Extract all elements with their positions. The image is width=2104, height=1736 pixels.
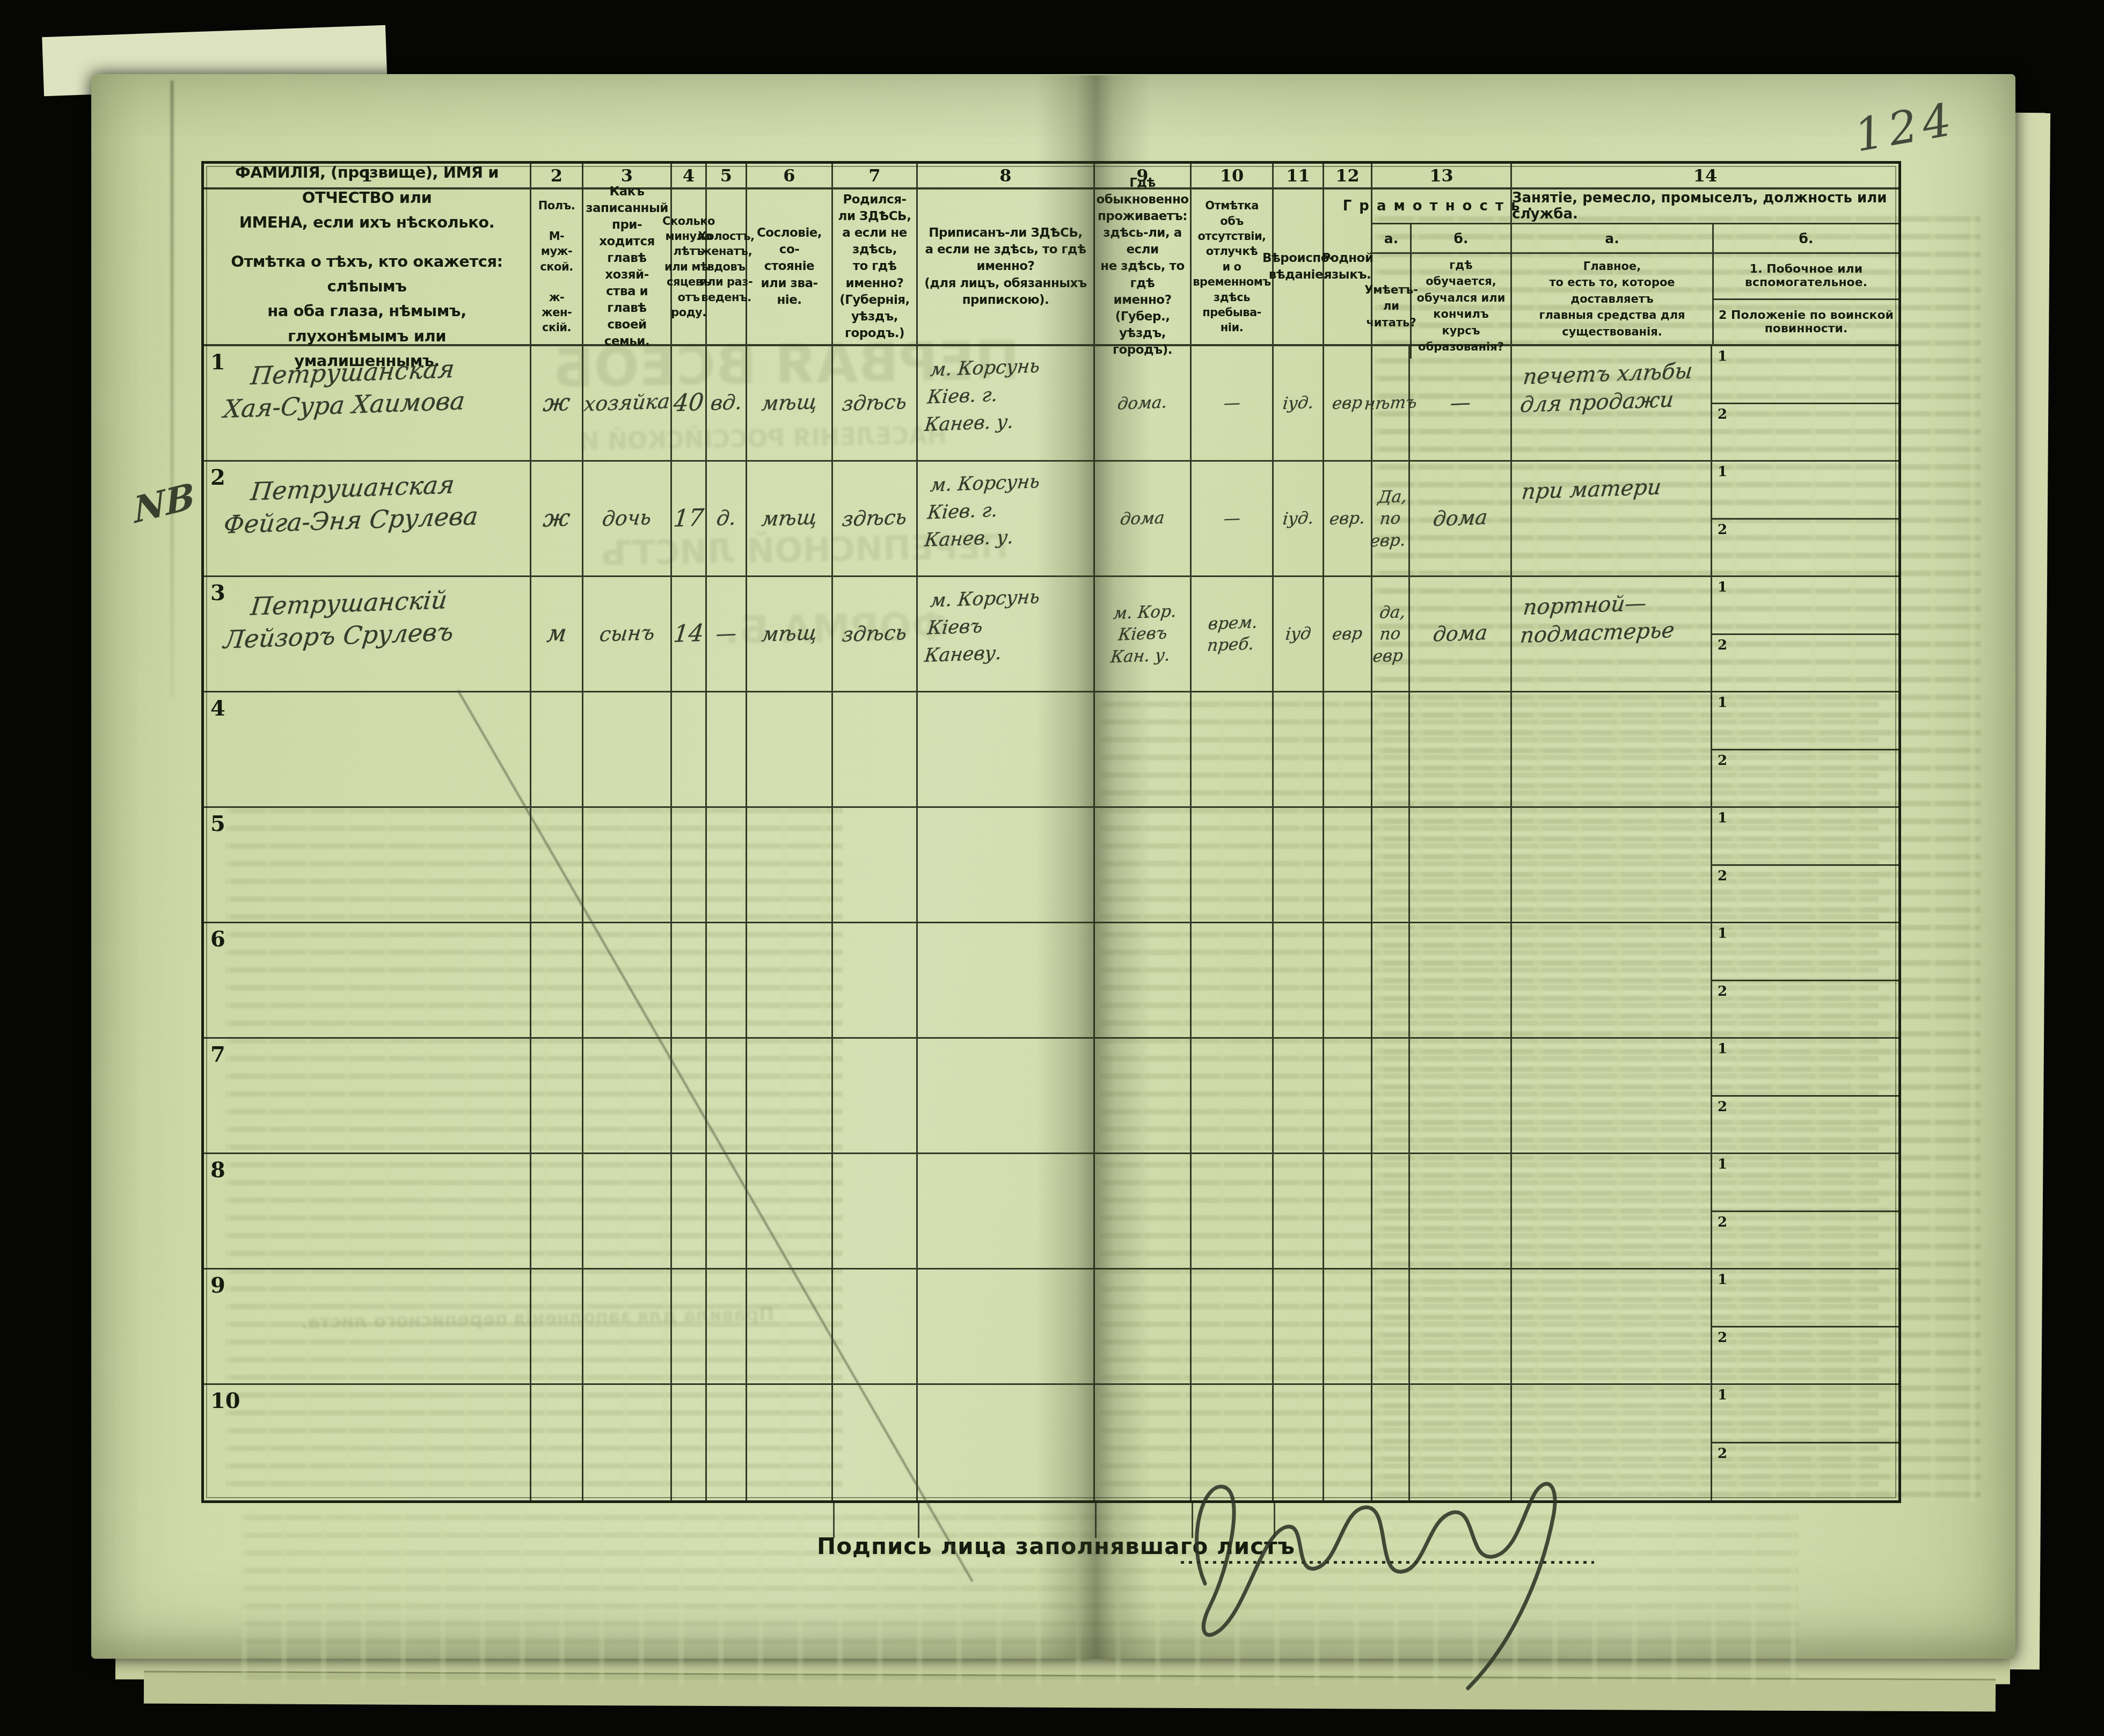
cell-absence (1192, 923, 1274, 1039)
cell-name: 1 Петрушанская Хая-Сура Хаимова (204, 346, 531, 462)
sub-label-1: 1 (1718, 925, 1727, 942)
cell-estate (747, 1385, 833, 1500)
cell-birthplace (833, 692, 918, 808)
cell-age (672, 692, 707, 808)
cell-relation (583, 692, 672, 808)
header-group-literacy: Грамотность. а. Умѣетъ- ли читать? б. гд… (1372, 189, 1512, 346)
sub-label-2: 2 (1718, 983, 1727, 1000)
cell-education (1410, 1154, 1512, 1270)
sub-label-2: 2 (1718, 1330, 1727, 1346)
cell-literacy (1372, 808, 1410, 923)
cell-registered (918, 692, 1095, 808)
colnum-10: 10 (1192, 164, 1274, 189)
cell-estate (747, 808, 833, 923)
header-col-11: Вѣроиспо- вѣданіе. (1274, 189, 1324, 346)
cell-occupation (1512, 1154, 1712, 1270)
header-occupation-a-letter: а. (1512, 224, 1712, 254)
cell-absence (1192, 692, 1274, 808)
cell-age: 14 (672, 577, 707, 692)
cell-occupation (1512, 923, 1712, 1039)
cell-literacy (1372, 923, 1410, 1039)
header-literacy-b-letter: б. (1412, 224, 1510, 254)
header-col-2: Полъ. М-муж- ской. ж-жен- скій. (531, 189, 583, 346)
cell-name: 5 (204, 808, 531, 923)
cell-name: 10 (204, 1385, 531, 1500)
cell-marital (707, 1385, 747, 1500)
cell-absence: — (1192, 462, 1274, 577)
cell-sex (531, 1270, 583, 1385)
colnum-4: 4 (672, 164, 707, 189)
cell-side-occupation: 1 2 (1712, 346, 1898, 462)
side-occupation-2: 2 (1712, 635, 1898, 691)
side-occupation-2: 2 (1712, 520, 1898, 576)
side-occupation-1: 1 (1712, 1154, 1898, 1212)
cell-language (1324, 1154, 1372, 1270)
scanned-census-sheet: ПЕРВАЯ ВСЕОБ НАСЕЛЕНІЯ РОССІЙСКОЙ И ПЕРЕ… (0, 0, 2104, 1736)
cell-education (1410, 808, 1512, 923)
cell-religion (1274, 1154, 1324, 1270)
header-col-7: Родился-ли ЗДѢСЬ, а если не здѣсь, то гд… (833, 189, 918, 346)
sub-label-2: 2 (1718, 637, 1727, 653)
colnum-12: 12 (1324, 164, 1372, 189)
cell-estate (747, 1270, 833, 1385)
cell-relation: хозяйка (583, 346, 672, 462)
cell-name: 7 (204, 1039, 531, 1154)
cell-education: дома (1410, 462, 1512, 577)
header-occupation-title: Занятіе, ремесло, промыселъ, должность и… (1512, 189, 1898, 224)
cell-registered: м. Корсунь Кіев. г. Канев. у. (918, 462, 1095, 577)
cell-estate: мѣщ (747, 346, 833, 462)
cell-sex (531, 692, 583, 808)
cell-side-occupation: 1 2 (1712, 1039, 1898, 1154)
side-occupation-1: 1 (1712, 1270, 1898, 1327)
cell-relation (583, 808, 672, 923)
cell-religion (1274, 692, 1324, 808)
cell-religion (1274, 1039, 1324, 1154)
cell-absence (1192, 1039, 1274, 1154)
cell-name: 8 (204, 1154, 531, 1270)
cell-birthplace (833, 1154, 918, 1270)
cell-relation (583, 923, 672, 1039)
cell-religion: іуд. (1274, 462, 1324, 577)
cell-age (672, 1039, 707, 1154)
side-occupation-1: 1 (1712, 923, 1898, 981)
cell-sex (531, 923, 583, 1039)
colnum-2: 2 (531, 164, 583, 189)
cell-side-occupation: 1 2 (1712, 577, 1898, 692)
cell-occupation: печетъ хлѣбы для продажи (1512, 346, 1712, 462)
header-group-occupation: Занятіе, ремесло, промыселъ, должность и… (1512, 189, 1898, 346)
cell-registered (918, 1385, 1095, 1500)
cell-registered: м. Корсунь Кіев. г. Канев. у. (918, 346, 1095, 462)
colnum-11: 11 (1274, 164, 1324, 189)
cell-residence (1095, 1154, 1192, 1270)
census-table: 1 2 3 4 5 6 7 8 9 10 11 12 13 14 ФАМИЛІЯ… (201, 161, 1901, 1503)
cell-education: — (1410, 346, 1512, 462)
cell-birthplace (833, 808, 918, 923)
sub-label-1: 1 (1718, 810, 1727, 826)
cell-language (1324, 692, 1372, 808)
cell-literacy (1372, 1039, 1410, 1154)
sub-label-2: 2 (1718, 1214, 1727, 1230)
cell-residence (1095, 1270, 1192, 1385)
cell-side-occupation: 1 2 (1712, 1385, 1898, 1500)
sub-label-2: 2 (1718, 406, 1727, 422)
cell-registered (918, 1154, 1095, 1270)
cell-birthplace (833, 1270, 918, 1385)
row-number: 7 (210, 1042, 225, 1067)
side-occupation-2: 2 (1712, 1443, 1898, 1500)
cell-religion (1274, 923, 1324, 1039)
cell-religion (1274, 1270, 1324, 1385)
cell-sex: ж (531, 346, 583, 462)
cell-language: евр. (1324, 462, 1372, 577)
side-occupation-2: 2 (1712, 1212, 1898, 1268)
row-number: 3 (210, 580, 225, 606)
cell-language (1324, 1039, 1372, 1154)
row-number: 1 (210, 349, 225, 375)
cell-absence (1192, 808, 1274, 923)
side-occupation-2: 2 (1712, 981, 1898, 1038)
cell-absence: — (1192, 346, 1274, 462)
cell-side-occupation: 1 2 (1712, 923, 1898, 1039)
cell-marital (707, 808, 747, 923)
cell-residence: дома (1095, 462, 1192, 577)
colnum-5: 5 (707, 164, 747, 189)
cell-age: 40 (672, 346, 707, 462)
cell-occupation (1512, 1039, 1712, 1154)
signature-handwriting (1154, 1444, 1594, 1712)
cell-name: 9 (204, 1270, 531, 1385)
row-number: 2 (210, 465, 225, 490)
side-occupation-1: 1 (1712, 1385, 1898, 1443)
cell-age (672, 1270, 707, 1385)
header-literacy-a-letter: а. (1372, 224, 1410, 254)
cell-occupation (1512, 1270, 1712, 1385)
cell-estate (747, 1039, 833, 1154)
header-literacy-b-text: гдѣ обучается, обучался или кончилъ курс… (1412, 254, 1510, 359)
cell-relation (583, 1154, 672, 1270)
row-number: 8 (210, 1157, 225, 1183)
cell-sex (531, 1039, 583, 1154)
cell-language (1324, 923, 1372, 1039)
header-col-5: Холостъ, женатъ, вдовъ или раз- веденъ. (707, 189, 747, 346)
sub-label-2: 2 (1718, 1446, 1727, 1462)
cell-birthplace (833, 1385, 918, 1500)
cell-age (672, 1385, 707, 1500)
cell-side-occupation: 1 2 (1712, 1154, 1898, 1270)
header-col-1-names: ФАМИЛІЯ, (прозвище), ИМЯ и ОТЧЕСТВО или … (207, 160, 527, 235)
header-col-8: Приписанъ-ли ЗДѢСЬ, а если не здѣсь, то … (918, 189, 1095, 346)
header-literacy-a-text: Умѣетъ- ли читать? (1372, 254, 1410, 359)
row-number: 10 (210, 1388, 240, 1413)
header-occupation-b2-text: 2 Положеніе по воинской повинности. (1714, 300, 1898, 345)
header-col-9: Гдѣ обыкновенно проживаетъ: здѣсь-ли, а … (1095, 189, 1192, 346)
cell-residence (1095, 692, 1192, 808)
cell-residence (1095, 808, 1192, 923)
cell-language (1324, 1270, 1372, 1385)
cell-residence: м. Кор. Кіевъ Кан. у. (1095, 577, 1192, 692)
cell-residence (1095, 1039, 1192, 1154)
cell-marital (707, 1270, 747, 1385)
sub-label-1: 1 (1718, 579, 1727, 595)
cell-language: евр (1324, 577, 1372, 692)
sub-label-1: 1 (1718, 348, 1727, 364)
cell-name: 4 (204, 692, 531, 808)
sub-label-2: 2 (1718, 753, 1727, 769)
cell-birthplace: здѣсь (833, 462, 918, 577)
header-occupation-a-text: Главное, то есть то, которое доставляетъ… (1512, 254, 1712, 344)
cell-occupation: при матери (1512, 462, 1712, 577)
cell-marital (707, 1039, 747, 1154)
cell-marital: д. (707, 462, 747, 577)
cell-occupation: портной— подмастерье (1512, 577, 1712, 692)
sub-label-2: 2 (1718, 1099, 1727, 1115)
cell-side-occupation: 1 2 (1712, 1270, 1898, 1385)
cell-age (672, 923, 707, 1039)
sub-label-1: 1 (1718, 1387, 1727, 1403)
side-occupation-1: 1 (1712, 692, 1898, 750)
cell-literacy (1372, 1270, 1410, 1385)
side-occupation-2: 2 (1712, 866, 1898, 922)
header-col-1: ФАМИЛІЯ, (прозвище), ИМЯ и ОТЧЕСТВО или … (204, 189, 531, 346)
cell-sex (531, 1154, 583, 1270)
side-occupation-1: 1 (1712, 462, 1898, 520)
cell-literacy: да, по евр (1372, 577, 1410, 692)
hw-name: Петрушанскій Лейзоръ Срулевъ (222, 583, 458, 656)
cell-literacy: нѣтъ (1372, 346, 1410, 462)
cell-sex (531, 1385, 583, 1500)
column-line-stub (833, 1500, 835, 1538)
header-col-10: Отмѣтка объ отсутствіи, отлучкѣ и о врем… (1192, 189, 1274, 346)
cell-education (1410, 1270, 1512, 1385)
colnum-7: 7 (833, 164, 918, 189)
cell-religion: іуд. (1274, 346, 1324, 462)
sub-label-1: 1 (1718, 1156, 1727, 1172)
cell-education (1410, 923, 1512, 1039)
cell-education (1410, 692, 1512, 808)
cell-sex: ж (531, 462, 583, 577)
side-occupation-2: 2 (1712, 404, 1898, 461)
cell-age: 17 (672, 462, 707, 577)
cell-registered (918, 1270, 1095, 1385)
row-number: 6 (210, 927, 225, 952)
cell-registered (918, 808, 1095, 923)
side-occupation-2: 2 (1712, 1097, 1898, 1153)
cell-estate (747, 692, 833, 808)
cell-registered (918, 1039, 1095, 1154)
cell-sex: м (531, 577, 583, 692)
header-occupation-b-letter: б. (1714, 224, 1898, 254)
cell-side-occupation: 1 2 (1712, 692, 1898, 808)
side-occupation-1: 1 (1712, 808, 1898, 866)
cell-relation (583, 1039, 672, 1154)
side-occupation-1: 1 (1712, 346, 1898, 404)
sub-label-1: 1 (1718, 464, 1727, 480)
cell-estate: мѣщ (747, 577, 833, 692)
cell-marital (707, 1154, 747, 1270)
cell-registered (918, 923, 1095, 1039)
cell-absence (1192, 1270, 1274, 1385)
cell-literacy (1372, 692, 1410, 808)
cell-marital: — (707, 577, 747, 692)
side-occupation-1: 1 (1712, 1039, 1898, 1097)
colnum-6: 6 (747, 164, 833, 189)
cell-education (1410, 1039, 1512, 1154)
cell-marital: вд. (707, 346, 747, 462)
column-line-stub (918, 1500, 919, 1538)
cell-literacy (1372, 1154, 1410, 1270)
cell-name: 6 (204, 923, 531, 1039)
cell-birthplace: здѣсь (833, 346, 918, 462)
cell-absence: врем. преб. (1192, 577, 1274, 692)
column-line-stub (1095, 1500, 1097, 1538)
cell-marital (707, 692, 747, 808)
cell-residence: дома. (1095, 346, 1192, 462)
header-col-6: Сословіе, со- стояніе или зва- ніе. (747, 189, 833, 346)
cell-birthplace: здѣсь (833, 577, 918, 692)
cell-age (672, 808, 707, 923)
side-occupation-2: 2 (1712, 750, 1898, 807)
cell-relation: дочь (583, 462, 672, 577)
cell-literacy: Да, по евр. (1372, 462, 1410, 577)
cell-side-occupation: 1 2 (1712, 462, 1898, 577)
cell-name: 3 Петрушанскій Лейзоръ Срулевъ (204, 577, 531, 692)
cell-occupation (1512, 808, 1712, 923)
cell-marital (707, 923, 747, 1039)
cell-side-occupation: 1 2 (1712, 808, 1898, 923)
cell-absence (1192, 1154, 1274, 1270)
cell-name: 2 Петрушанская Фейга-Эня Срулева (204, 462, 531, 577)
sub-label-2: 2 (1718, 868, 1727, 884)
cell-relation: сынъ (583, 577, 672, 692)
row-number: 5 (210, 811, 225, 836)
cell-religion (1274, 808, 1324, 923)
colnum-14: 14 (1512, 164, 1898, 189)
hw-name: Петрушанская Фейга-Эня Срулева (222, 468, 483, 541)
header-occupation-b1-text: 1. Побочное или вспомогательное. (1714, 254, 1898, 300)
cell-language (1324, 808, 1372, 923)
cell-education: дома (1410, 577, 1512, 692)
header-col-3: Какъ записанный при- ходится главѣ хозяй… (583, 189, 672, 346)
cell-relation (583, 1385, 672, 1500)
cell-age (672, 1154, 707, 1270)
cell-relation (583, 1270, 672, 1385)
sub-label-2: 2 (1718, 522, 1727, 538)
cell-birthplace (833, 1039, 918, 1154)
sub-label-1: 1 (1718, 695, 1727, 711)
sub-label-1: 1 (1718, 1041, 1727, 1057)
hw-name: Петрушанская Хая-Сура Хаимова (222, 353, 470, 426)
sub-label-1: 1 (1718, 1272, 1727, 1288)
side-occupation-2: 2 (1712, 1327, 1898, 1384)
colnum-13: 13 (1372, 164, 1512, 189)
cell-birthplace (833, 923, 918, 1039)
header-literacy-title: Грамотность. (1372, 189, 1510, 224)
side-occupation-1: 1 (1712, 577, 1898, 635)
colnum-8: 8 (918, 164, 1095, 189)
cell-registered: м. Корсунь Кіевъ Каневу. (918, 577, 1095, 692)
cell-estate: мѣщ (747, 462, 833, 577)
cell-occupation (1512, 692, 1712, 808)
cell-religion: іуд (1274, 577, 1324, 692)
cell-estate (747, 923, 833, 1039)
paper-crease (171, 81, 173, 698)
row-number: 9 (210, 1273, 225, 1298)
row-number: 4 (210, 696, 225, 721)
cell-residence (1095, 923, 1192, 1039)
